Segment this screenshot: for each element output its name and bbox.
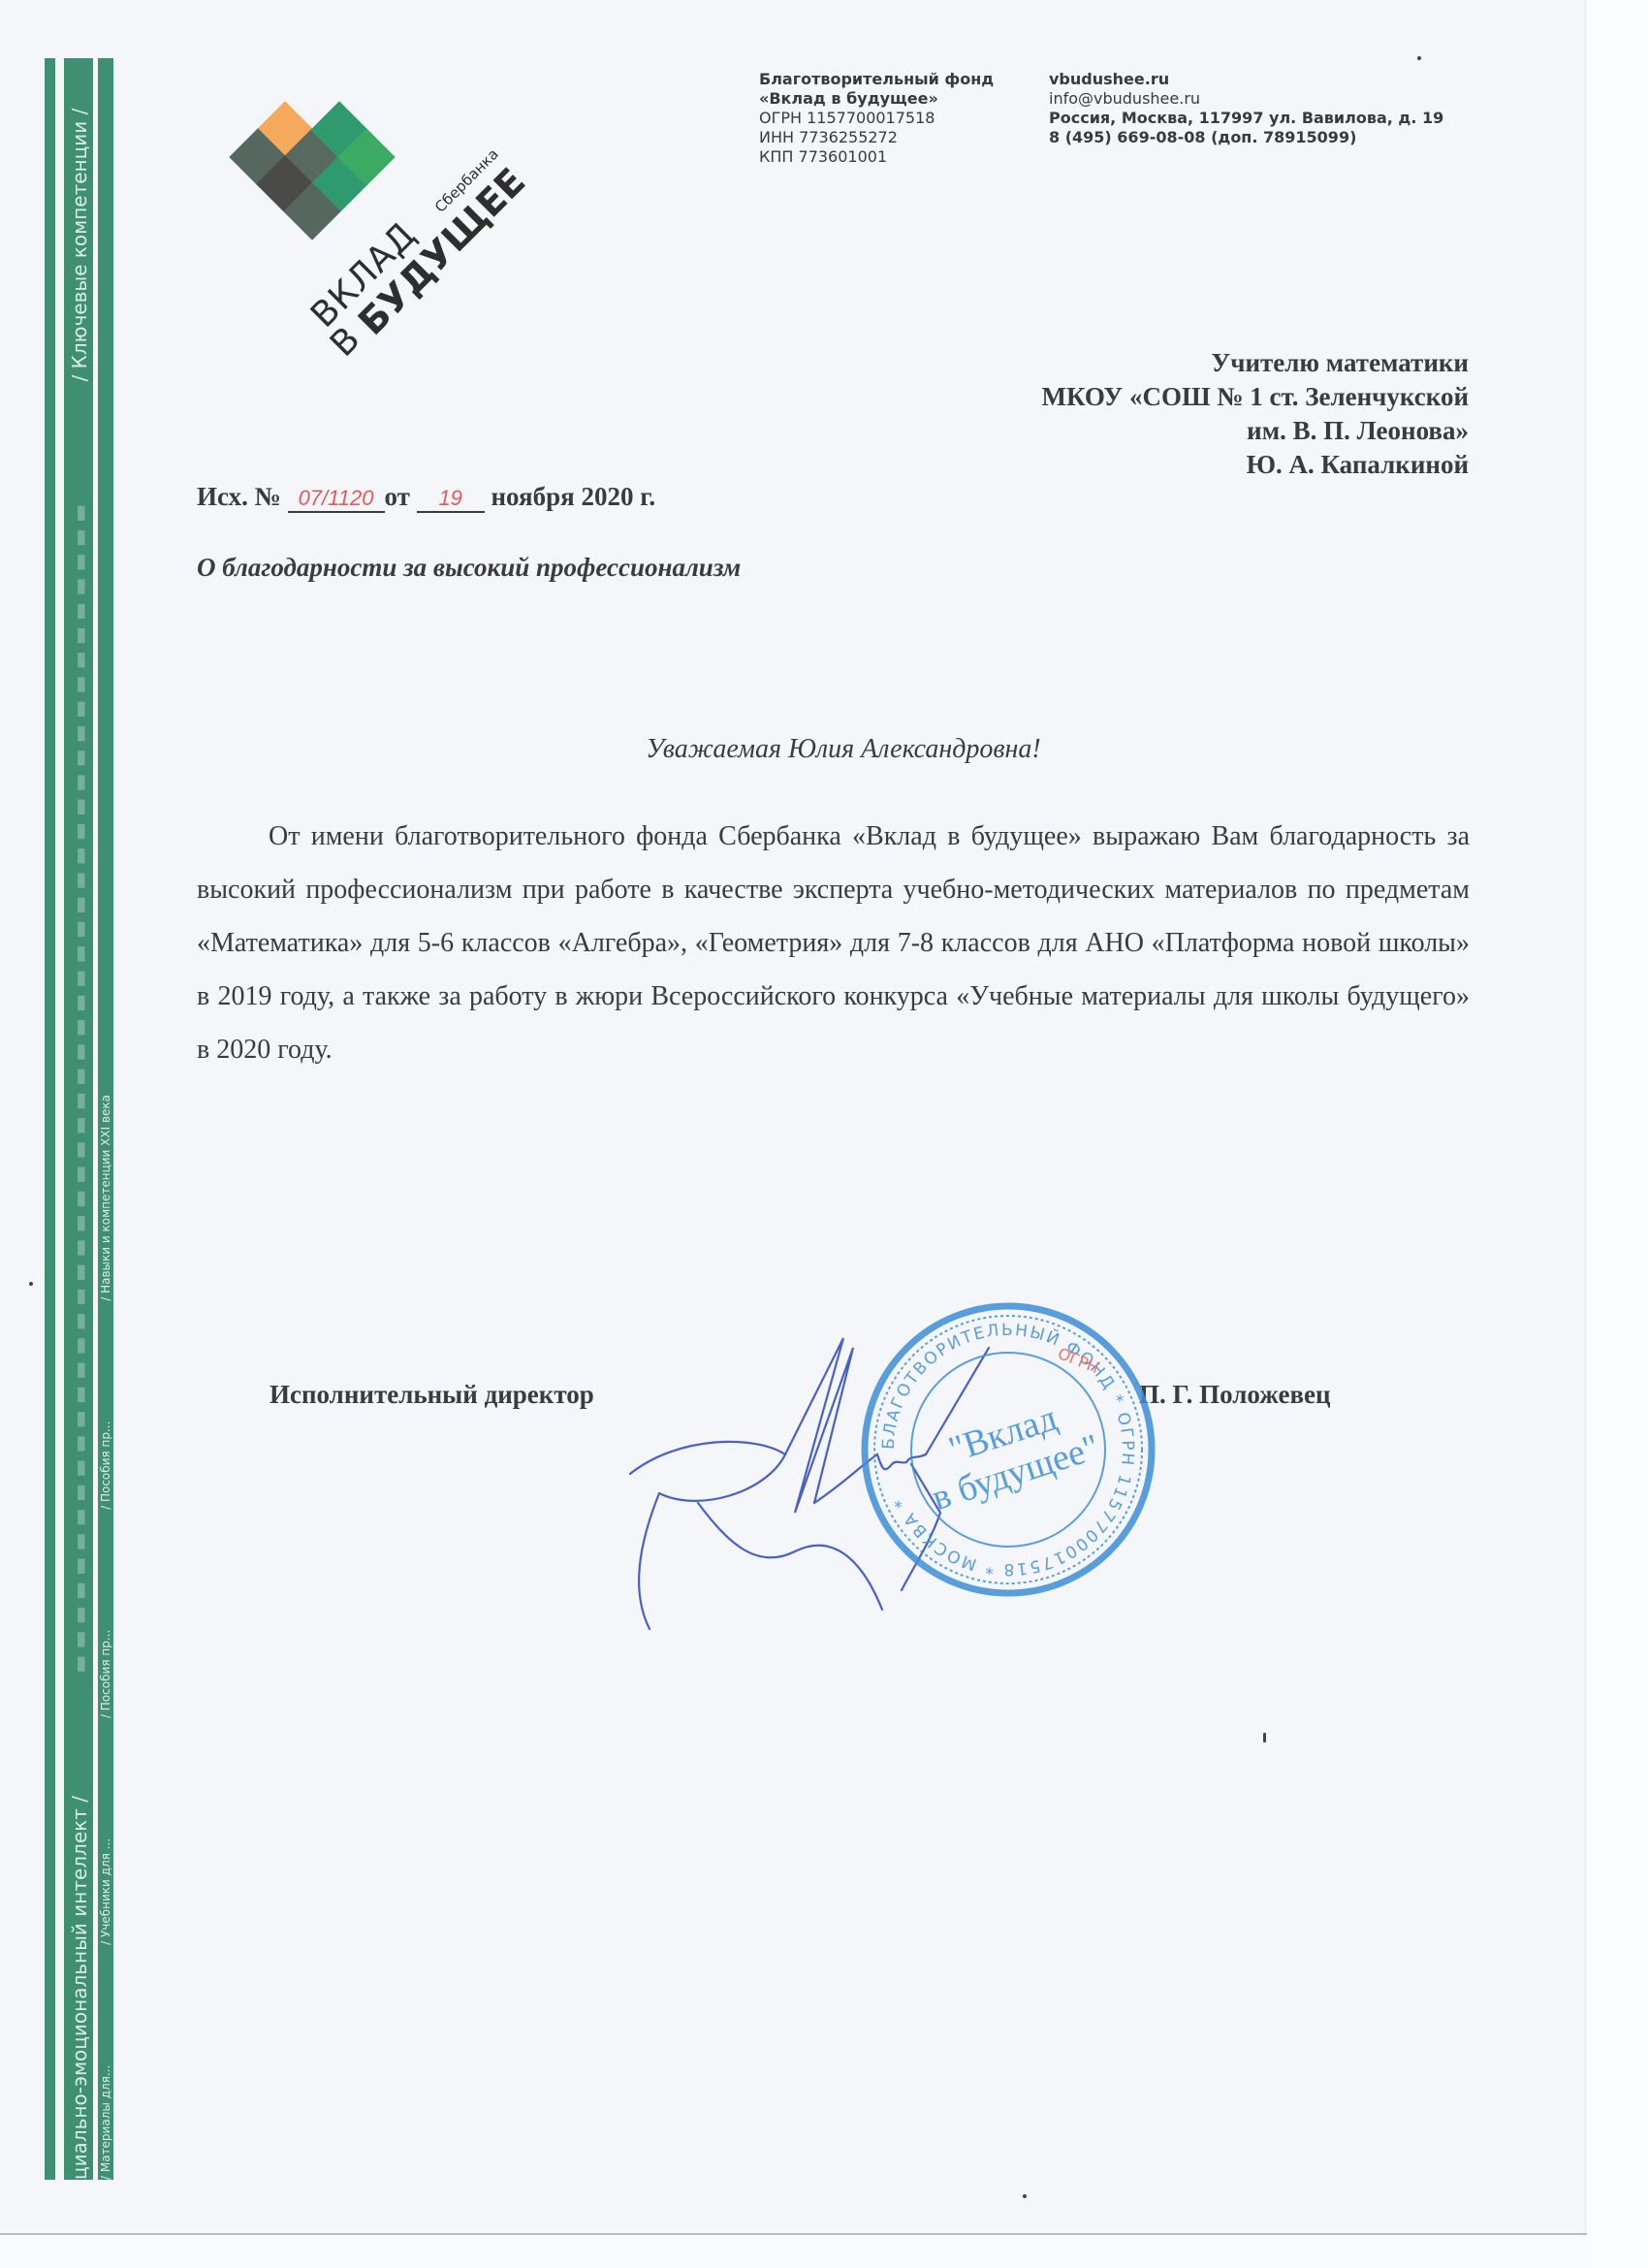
letter-body: От имени благотворительного фонда Сберба… [197, 810, 1470, 1076]
addressee-position: Учителю математики [1042, 346, 1469, 380]
org-ogrn: ОГРН 1157700017518 [759, 109, 994, 128]
ref-number-handwritten: 07/1120 [288, 486, 385, 513]
addressee-block: Учителю математики МКОУ «СОШ № 1 ст. Зел… [1042, 346, 1469, 482]
letter-subject: О благодарности за высокий профессионали… [197, 553, 741, 583]
ref-date: ноября 2020 г. [491, 482, 655, 511]
org-name-line2: «Вклад в будущее» [759, 89, 994, 109]
page-edge [1585, 0, 1648, 2268]
signatory-title: Исполнительный директор [269, 1380, 594, 1410]
addressee-school-name: им. В. П. Леонова» [1042, 414, 1469, 448]
addressee-name: Ю. А. Капалкиной [1042, 448, 1469, 482]
official-stamp-icon: БЛАГОТВОРИТЕЛЬНЫЙ ФОНД * ОГРН 1157700017… [858, 1299, 1158, 1600]
ref-day-handwritten: 19 [417, 486, 485, 513]
sidebar-strip-thin [45, 58, 55, 2180]
scan-speck [29, 1282, 33, 1286]
addressee-school: МКОУ «СОШ № 1 ст. Зеленчукской [1042, 380, 1469, 414]
ref-prefix: Исх. № [197, 482, 281, 511]
org-name-line1: Благотворительный фонд [759, 70, 994, 89]
logo-mosaic-icon [208, 102, 383, 276]
scan-speck [1023, 2194, 1027, 2198]
header-org-info: Благотворительный фонд «Вклад в будущее»… [759, 70, 994, 167]
ref-from-label: от [385, 482, 410, 511]
phone: 8 (495) 669-08-08 (доп. 78915099) [1049, 128, 1443, 147]
scan-speck [1417, 56, 1421, 60]
website-link[interactable]: vbudushee.ru [1049, 70, 1443, 89]
sidebar-strip-main: циально-эмоциональный интеллект / ▬ ▬ ▬ … [64, 58, 93, 2180]
page-edge-bottom [0, 2233, 1587, 2268]
greeting: Уважаемая Юлия Александровна! [0, 734, 1648, 765]
scan-speck [1263, 1733, 1266, 1742]
foundation-logo: ВКЛАД В БУДУЩЕЕ Сбербанка [199, 82, 509, 315]
address: Россия, Москва, 117997 ул. Вавилова, д. … [1049, 109, 1443, 128]
outgoing-reference: Исх. № 07/1120от 19 ноября 2020 г. [197, 482, 655, 513]
org-kpp: КПП 773601001 [759, 147, 994, 167]
header-contacts: vbudushee.ru info@vbudushee.ru Россия, М… [1049, 70, 1443, 147]
org-inn: ИНН 7736255272 [759, 128, 994, 147]
email-link[interactable]: info@vbudushee.ru [1049, 89, 1443, 109]
signatory-name: П. Г. Положевец [1139, 1380, 1331, 1410]
sidebar-strip-secondary: / Материалы для... / Учебники для ... / … [98, 58, 113, 2180]
